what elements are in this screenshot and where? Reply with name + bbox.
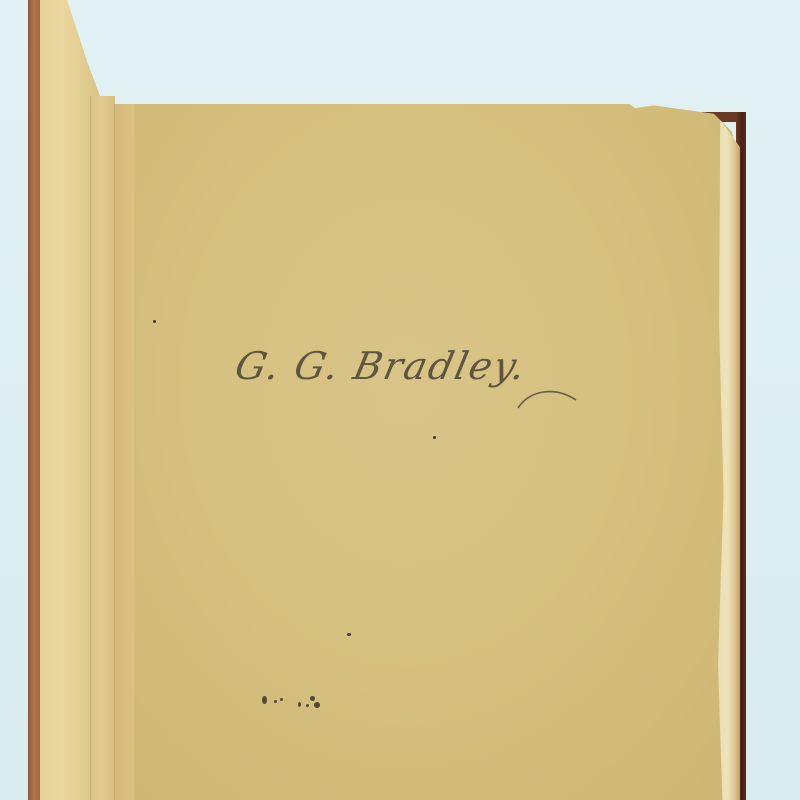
- handwritten-signature: G. G. Bradley.: [231, 344, 531, 388]
- ink-speck: [153, 320, 156, 323]
- gutter-paper-strip-inner: [114, 104, 137, 800]
- gutter-paper-strip: [90, 96, 115, 800]
- flyleaf-page: [134, 104, 738, 800]
- ink-speck: [347, 633, 351, 636]
- faint-stamp-marks: [258, 694, 330, 710]
- signature-flourish-icon: [500, 382, 580, 412]
- book-photo: G. G. Bradley.: [0, 0, 800, 800]
- front-cover-board-edge: [28, 0, 40, 800]
- ink-speck: [433, 436, 436, 439]
